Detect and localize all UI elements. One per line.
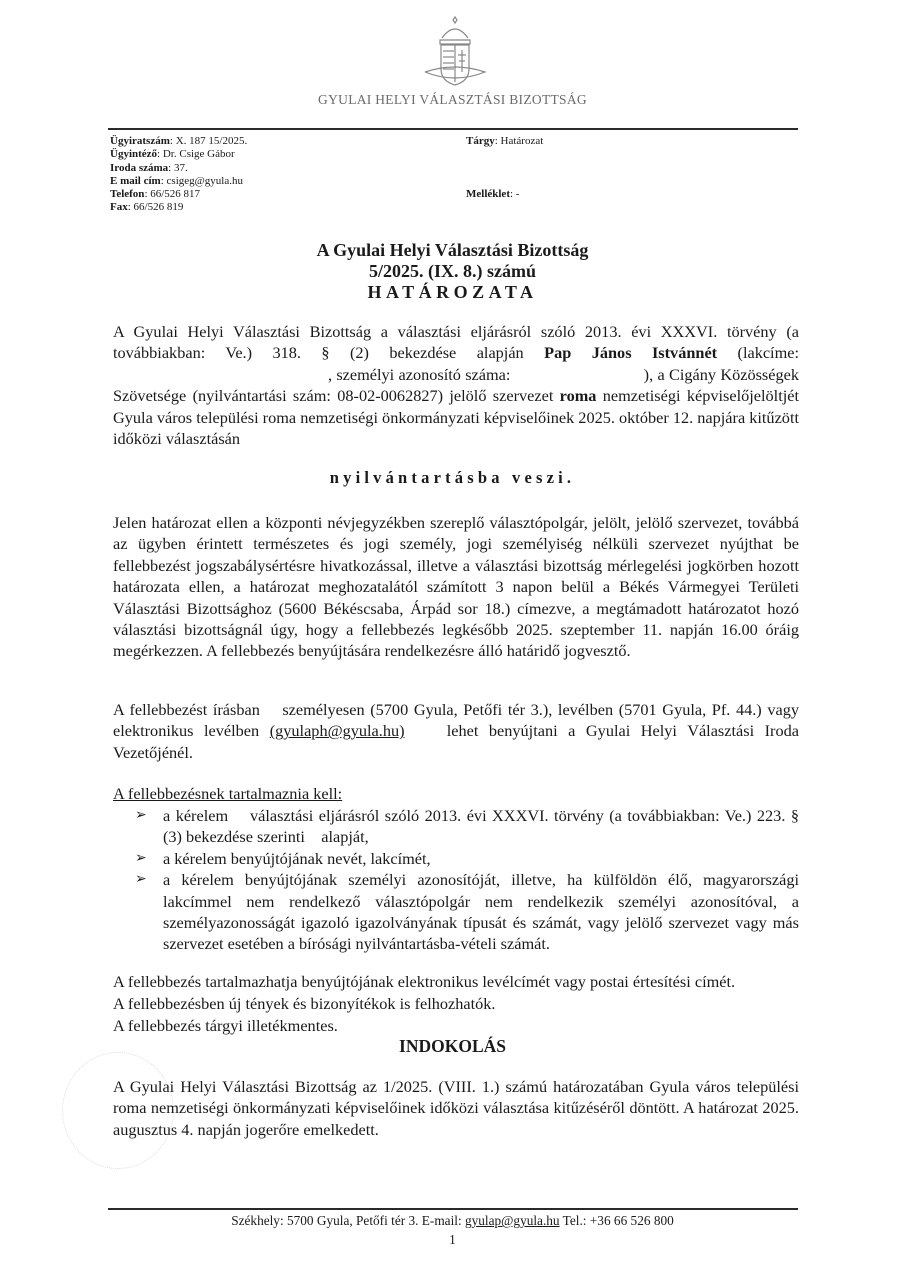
list-item: ➢a kérelem benyújtójának nevét, lakcímét… xyxy=(135,848,799,869)
notes: A fellebbezés tartalmazhatja benyújtóján… xyxy=(113,971,799,1037)
header-divider xyxy=(108,128,798,130)
footer-address: Székhely: 5700 Gyula, Petőfi tér 3. E-ma… xyxy=(0,1213,905,1229)
meta-office-number: Iroda száma: 37. xyxy=(110,162,247,175)
requirements-heading: A fellebbezésnek tartalmaznia kell: xyxy=(113,784,342,804)
subject-metadata: Tárgy: Határozat Melléklet: - xyxy=(466,135,543,202)
page-number: 1 xyxy=(0,1232,905,1248)
meta-case-officer: Ügyintéző: Dr. Csige Gábor xyxy=(110,148,247,161)
meta-phone: Telefon: 66/526 817 xyxy=(110,188,247,201)
decision-statement: nyilvántartásba veszi. xyxy=(0,468,905,488)
meta-email: E mail cím: csigeg@gyula.hu xyxy=(110,175,247,188)
footer-email-link[interactable]: gyulap@gyula.hu xyxy=(465,1213,560,1228)
arrow-bullet-icon: ➢ xyxy=(135,805,147,826)
submission-paragraph: A fellebbezést írásban személyesen (5700… xyxy=(113,699,799,763)
coat-of-arms-icon xyxy=(410,14,500,94)
note-line: A fellebbezés tartalmazhatja benyújtóján… xyxy=(113,971,799,993)
arrow-bullet-icon: ➢ xyxy=(135,869,147,890)
candidate-name: Pap János Istvánnét xyxy=(544,343,717,362)
requirements-list: ➢a kérelem választási eljárásról szóló 2… xyxy=(135,805,799,955)
intro-paragraph: A Gyulai Helyi Választási Bizottság a vá… xyxy=(113,321,799,449)
meta-subject: Tárgy: Határozat xyxy=(466,135,543,148)
justification-paragraph: A Gyulai Helyi Választási Bizottság az 1… xyxy=(113,1076,799,1140)
submission-email-link[interactable]: (gyulaph@gyula.hu) xyxy=(270,721,405,740)
list-item: ➢a kérelem benyújtójának személyi azonos… xyxy=(135,869,799,955)
arrow-bullet-icon: ➢ xyxy=(135,848,147,869)
footer-divider xyxy=(108,1208,798,1210)
appeal-paragraph: Jelen határozat ellen a központi névjegy… xyxy=(113,512,799,662)
nationality: roma xyxy=(560,386,597,405)
title-line-3: HATÁROZATA xyxy=(0,282,905,303)
title-line-2: 5/2025. (IX. 8.) számú xyxy=(0,261,905,282)
note-line: A fellebbezés tárgyi illetékmentes. xyxy=(113,1015,799,1037)
case-metadata: Ügyiratszám: X. 187 15/2025. Ügyintéző: … xyxy=(110,135,247,215)
organization-title: GYULAI HELYI VÁLASZTÁSI BIZOTTSÁG xyxy=(0,92,905,108)
meta-fax: Fax: 66/526 819 xyxy=(110,201,247,214)
title-line-1: A Gyulai Helyi Választási Bizottság xyxy=(0,240,905,261)
list-item: ➢a kérelem választási eljárásról szóló 2… xyxy=(135,805,799,848)
note-line: A fellebbezésben új tények és bizonyíték… xyxy=(113,993,799,1015)
justification-heading: INDOKOLÁS xyxy=(0,1036,905,1057)
document-title: A Gyulai Helyi Választási Bizottság 5/20… xyxy=(0,240,905,303)
meta-attachment: Melléklet: - xyxy=(466,188,543,201)
meta-case-number: Ügyiratszám: X. 187 15/2025. xyxy=(110,135,247,148)
